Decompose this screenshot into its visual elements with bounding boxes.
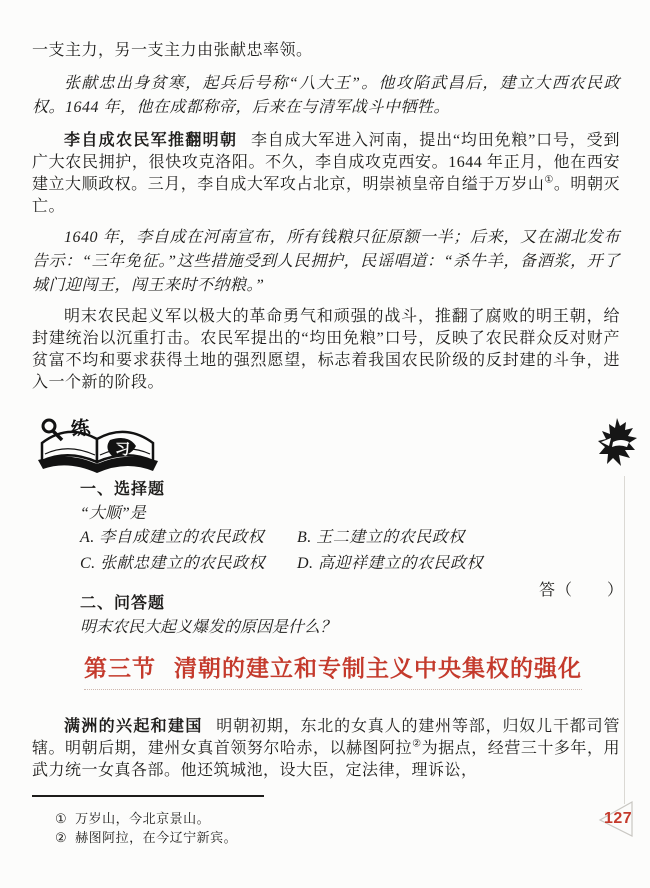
choice-options: A. 李自成建立的农民政权 B. 王二建立的农民政权 C. 张献忠建立的农民政权…	[80, 527, 550, 575]
body-paragraph-continued: 一支主力，另一支主力由张献忠率领。	[32, 40, 620, 62]
section-number: 第三节	[84, 655, 156, 681]
option-d: D. 高迎祥建立的农民政权	[297, 553, 550, 575]
answer-blank: 答（ ）	[539, 577, 624, 600]
option-a: A. 李自成建立的农民政权	[80, 527, 297, 549]
open-book-icon: 练 习	[34, 410, 162, 478]
footnote-marker-2: ②	[55, 830, 67, 845]
paragraph-lead-bold: 李自成农民军推翻明朝	[64, 132, 237, 149]
exercise-question-1: “大顺”是	[80, 503, 146, 525]
page-edge-decoration-icon	[597, 414, 639, 481]
exercise-part1-title: 一、选择题	[80, 479, 165, 501]
footnote-reference-1: ①	[544, 175, 554, 186]
exercise-question-2: 明末农民大起义爆发的原因是什么？	[80, 617, 336, 639]
textbook-page: 一支主力，另一支主力由张献忠率领。 张献忠出身贫寒，起兵后号称“八大王”。他攻陷…	[0, 0, 650, 888]
footnote-reference-2: ②	[412, 739, 422, 750]
exercise-part2-title: 二、问答题	[80, 593, 165, 615]
section-heading: 第三节清朝的建立和专制主义中央集权的强化	[84, 654, 582, 690]
footnote-text-2: 赫图阿拉，在今辽宁新宾。	[75, 830, 237, 845]
option-c: C. 张献忠建立的农民政权	[80, 553, 297, 575]
page-edge-line	[624, 476, 625, 804]
body-paragraph-1640: 1640 年，李自成在河南宣布，所有钱粮只征原额一半；后来，又在湖北发布告示：“…	[32, 226, 620, 298]
body-paragraph-zhangxianzhong: 张献忠出身贫寒，起兵后号称“八大王”。他攻陷武昌后，建立大西农民政权。1644 …	[32, 72, 620, 120]
body-paragraph-lizicheng: 李自成农民军推翻明朝李自成大军进入河南，提出“均田免粮”口号，受到广大农民拥护，…	[32, 130, 620, 218]
footnote-marker-1: ①	[55, 811, 67, 826]
icon-char-xi: 习	[115, 441, 130, 458]
section-title: 清朝的建立和专制主义中央集权的强化	[174, 655, 582, 681]
option-b: B. 王二建立的农民政权	[297, 527, 550, 549]
icon-char-lian: 练	[69, 415, 92, 441]
practice-book-icon: 练 习	[34, 410, 162, 483]
paragraph-lead-bold: 满洲的兴起和建国	[64, 718, 203, 735]
footnote-1: ①万岁山，今北京景山。	[55, 810, 210, 827]
body-paragraph-summary: 明末农民起义军以极大的革命勇气和顽强的战斗，推翻了腐败的明王朝，给封建统治以沉重…	[32, 306, 620, 394]
footnote-divider	[32, 795, 264, 797]
footnote-text-1: 万岁山，今北京景山。	[75, 811, 210, 826]
body-paragraph-manchu: 满洲的兴起和建国明朝初期，东北的女真人的建州等部，归奴儿干都司管辖。明朝后期，建…	[32, 716, 620, 782]
page-number: 127	[604, 810, 632, 828]
footnote-2: ②赫图阿拉，在今辽宁新宾。	[55, 829, 237, 846]
